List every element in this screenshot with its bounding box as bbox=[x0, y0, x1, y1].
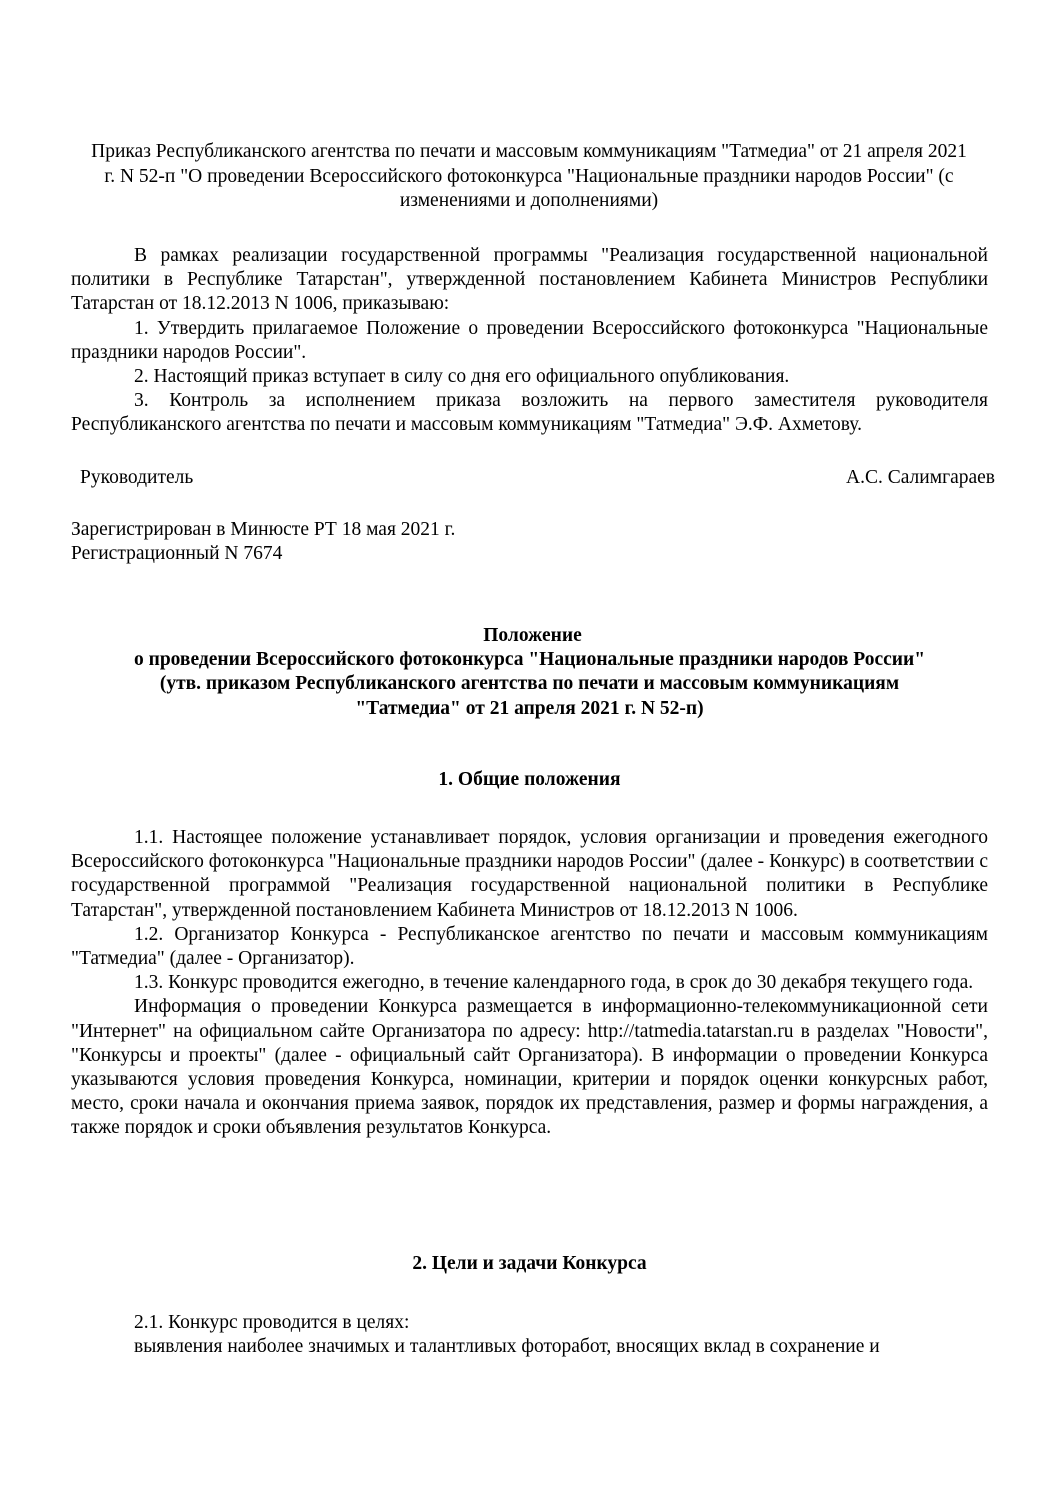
regulation-approval: (утв. приказом Республиканского агентств… bbox=[71, 672, 988, 720]
order-item-2: 2. Настоящий приказ вступает в силу со д… bbox=[71, 365, 988, 389]
regulation-subtitle: о проведении Всероссийского фотоконкурса… bbox=[71, 648, 988, 672]
section-2-body: 2.1. Конкурс проводится в целях: выявлен… bbox=[71, 1311, 880, 1359]
section-1-heading-wrap: 1. Общие положения bbox=[71, 768, 988, 792]
regulation-header: Положение о проведении Всероссийского фо… bbox=[71, 624, 988, 721]
order-preamble: В рамках реализации государственной прог… bbox=[71, 244, 988, 438]
signature-position: Руководитель bbox=[80, 466, 193, 490]
section-1-body: 1.1. Настоящее положение устанавливает п… bbox=[71, 826, 988, 1141]
paragraph-2-1-line: выявления наиболее значимых и талантливы… bbox=[71, 1335, 880, 1359]
section-2-heading-wrap: 2. Цели и задачи Конкурса bbox=[71, 1252, 988, 1276]
section-2-heading: 2. Цели и задачи Конкурса bbox=[71, 1252, 988, 1276]
section-1-heading: 1. Общие положения bbox=[71, 768, 988, 792]
paragraph-2-1: 2.1. Конкурс проводится в целях: bbox=[71, 1311, 880, 1335]
paragraph-1-3: 1.3. Конкурс проводится ежегодно, в тече… bbox=[71, 971, 988, 995]
paragraph-1-1: 1.1. Настоящее положение устанавливает п… bbox=[71, 826, 988, 923]
preamble-intro: В рамках реализации государственной прог… bbox=[71, 244, 988, 317]
regulation-title: Положение bbox=[71, 624, 988, 648]
registration-line-1: Зарегистрирован в Минюсте РТ 18 мая 2021… bbox=[71, 518, 455, 542]
document-title: Приказ Республиканского агентства по печ… bbox=[88, 140, 970, 214]
registration-line-2: Регистрационный N 7674 bbox=[71, 542, 455, 566]
order-item-3: 3. Контроль за исполнением приказа возло… bbox=[71, 389, 988, 437]
paragraph-1-3-info: Информация о проведении Конкурса размеща… bbox=[71, 995, 988, 1140]
registration-info: Зарегистрирован в Минюсте РТ 18 мая 2021… bbox=[71, 518, 455, 566]
signature-name: А.С. Салимгараев bbox=[846, 466, 995, 490]
order-item-1: 1. Утвердить прилагаемое Положение о про… bbox=[71, 317, 988, 365]
paragraph-1-2: 1.2. Организатор Конкурса - Республиканс… bbox=[71, 923, 988, 971]
